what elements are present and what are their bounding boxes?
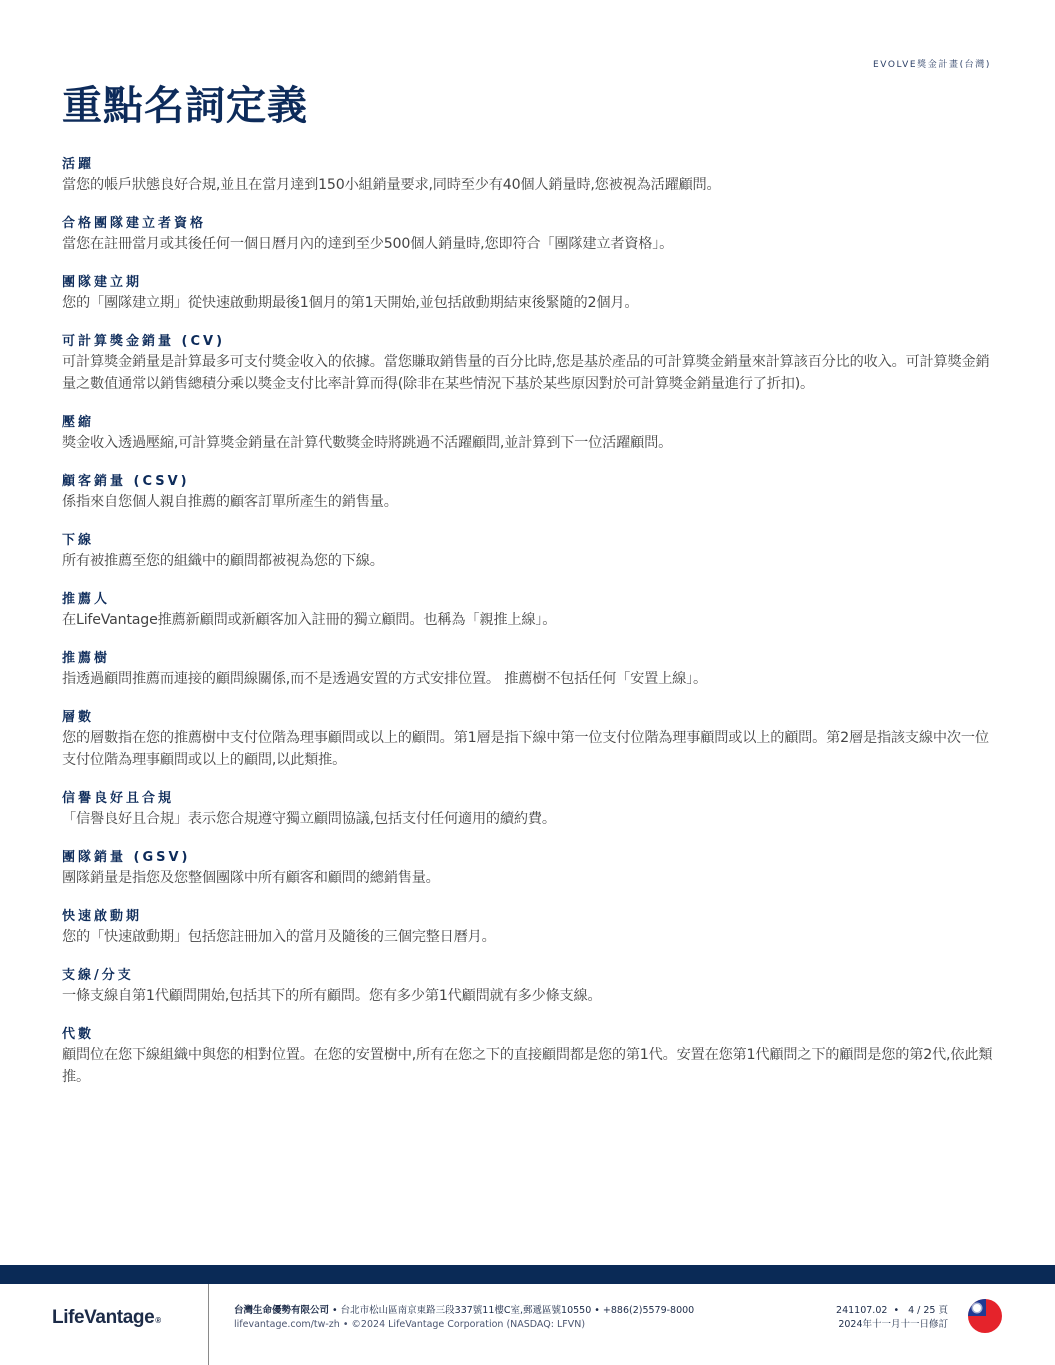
definition-body: 可計算獎金銷量是計算最多可支付獎金收入的依據。當您賺取銷售量的百分比時,您是基於… [62,351,997,395]
definition-body: 獎金收入透過壓縮,可計算獎金銷量在計算代數獎金時將跳過不活躍顧問,並計算到下一位… [62,432,997,454]
revision-date: 2024年十一月十一日修訂 [836,1318,948,1332]
definition-term: 可計算獎金銷量 (CV) [62,333,997,351]
definition-item: 支線/分支 一條支線自第1代顧問開始,包括其下的所有顧問。您有多少第1代顧問就有… [62,967,997,1007]
definition-term: 支線/分支 [62,967,997,985]
definition-item: 顧客銷量 (CSV) 係指來自您個人親自推薦的顧客訂單所產生的銷售量。 [62,473,997,513]
footer-divider [208,1284,209,1365]
flag-sun-icon [973,1304,981,1312]
definition-body: 所有被推薦至您的組織中的顧問都被視為您的下線。 [62,550,997,572]
definition-term: 推薦樹 [62,650,997,668]
definition-item: 推薦人 在LifeVantage推薦新顧問或新顧客加入註冊的獨立顧問。也稱為「親… [62,591,997,631]
definition-body: 您的「團隊建立期」從快速啟動期最後1個月的第1天開始,並包括啟動期結束後緊隨的2… [62,292,997,314]
definition-body: 「信譽良好且合規」表示您合規遵守獨立顧問協議,包括支付任何適用的續約費。 [62,808,997,830]
definition-body: 在LifeVantage推薦新顧問或新顧客加入註冊的獨立顧問。也稱為「親推上線」… [62,609,997,631]
website-copyright: lifevantage.com/tw-zh • ©2024 LifeVantag… [234,1318,694,1332]
definition-item: 下線 所有被推薦至您的組織中的顧問都被視為您的下線。 [62,532,997,572]
lifevantage-logo: LifeVantage® [52,1307,161,1329]
footer: LifeVantage® 台灣生命優勢有限公司 • 台北市松山區南京東路三段33… [0,1284,1055,1365]
definition-term: 快速啟動期 [62,908,997,926]
definition-item: 活躍 當您的帳戶狀態良好合規,並且在當月達到150小組銷量要求,同時至少有40個… [62,156,997,196]
definition-item: 代數 顧問位在您下線組織中與您的相對位置。在您的安置樹中,所有在您之下的直接顧問… [62,1026,997,1088]
definition-item: 合格團隊建立者資格 當您在註冊當月或其後任何一個日曆月內的達到至少500個人銷量… [62,215,997,255]
definition-term: 下線 [62,532,997,550]
definition-item: 推薦樹 指透過顧問推薦而連接的顧問線關係,而不是透過安置的方式安排位置。 推薦樹… [62,650,997,690]
company-name: 台灣生命優勢有限公司 [234,1305,329,1316]
definition-term: 活躍 [62,156,997,174]
definition-term: 合格團隊建立者資格 [62,215,997,233]
definition-body: 當您在註冊當月或其後任何一個日曆月內的達到至少500個人銷量時,您即符合「團隊建… [62,233,997,255]
definition-body: 團隊銷量是指您及您整個團隊中所有顧客和顧問的總銷售量。 [62,867,997,889]
company-info: 台灣生命優勢有限公司 • 台北市松山區南京東路三段337號11樓C室,郵遞區號1… [234,1304,694,1332]
definition-term: 團隊建立期 [62,274,997,292]
doc-code-page-number: 241107.02 • 4 / 25 頁 [836,1304,948,1318]
definition-term: 顧客銷量 (CSV) [62,473,997,491]
definition-body: 您的「快速啟動期」包括您註冊加入的當月及隨後的三個完整日曆月。 [62,926,997,948]
definition-term: 層數 [62,709,997,727]
registered-mark: ® [155,1316,161,1325]
definition-body: 您的層數指在您的推薦樹中支付位階為理事顧問或以上的顧問。第1層是指下線中第一位支… [62,727,997,771]
definition-item: 快速啟動期 您的「快速啟動期」包括您註冊加入的當月及隨後的三個完整日曆月。 [62,908,997,948]
page-title: 重點名詞定義 [62,80,308,132]
definition-item: 壓縮 獎金收入透過壓縮,可計算獎金銷量在計算代數獎金時將跳過不活躍顧問,並計算到… [62,414,997,454]
definition-body: 指透過顧問推薦而連接的顧問線關係,而不是透過安置的方式安排位置。 推薦樹不包括任… [62,668,997,690]
definition-item: 團隊銷量 (GSV) 團隊銷量是指您及您整個團隊中所有顧客和顧問的總銷售量。 [62,849,997,889]
definition-body: 係指來自您個人親自推薦的顧客訂單所產生的銷售量。 [62,491,997,513]
taiwan-flag-icon [968,1299,1002,1333]
definition-body: 當您的帳戶狀態良好合規,並且在當月達到150小組銷量要求,同時至少有40個人銷量… [62,174,997,196]
logo-text: LifeVantage [52,1307,154,1328]
company-address-line: 台灣生命優勢有限公司 • 台北市松山區南京東路三段337號11樓C室,郵遞區號1… [234,1304,694,1318]
definition-item: 信譽良好且合規 「信譽良好且合規」表示您合規遵守獨立顧問協議,包括支付任何適用的… [62,790,997,830]
definition-item: 可計算獎金銷量 (CV) 可計算獎金銷量是計算最多可支付獎金收入的依據。當您賺取… [62,333,997,395]
definition-body: 一條支線自第1代顧問開始,包括其下的所有顧問。您有多少第1代顧問就有多少條支線。 [62,985,997,1007]
definition-term: 信譽良好且合規 [62,790,997,808]
definition-term: 團隊銷量 (GSV) [62,849,997,867]
definition-term: 推薦人 [62,591,997,609]
footer-bar [0,1265,1055,1284]
document-meta: 241107.02 • 4 / 25 頁 2024年十一月十一日修訂 [836,1304,948,1332]
document-label: EVOLVE獎金計畫(台灣) [873,57,991,70]
definition-body: 顧問位在您下線組織中與您的相對位置。在您的安置樹中,所有在您之下的直接顧問都是您… [62,1044,997,1088]
definition-item: 層數 您的層數指在您的推薦樹中支付位階為理事顧問或以上的顧問。第1層是指下線中第… [62,709,997,771]
definition-term: 壓縮 [62,414,997,432]
company-address: • 台北市松山區南京東路三段337號11樓C室,郵遞區號10550 • +886… [329,1305,694,1316]
definition-term: 代數 [62,1026,997,1044]
definition-item: 團隊建立期 您的「團隊建立期」從快速啟動期最後1個月的第1天開始,並包括啟動期結… [62,274,997,314]
definitions-list: 活躍 當您的帳戶狀態良好合規,並且在當月達到150小組銷量要求,同時至少有40個… [62,156,997,1107]
